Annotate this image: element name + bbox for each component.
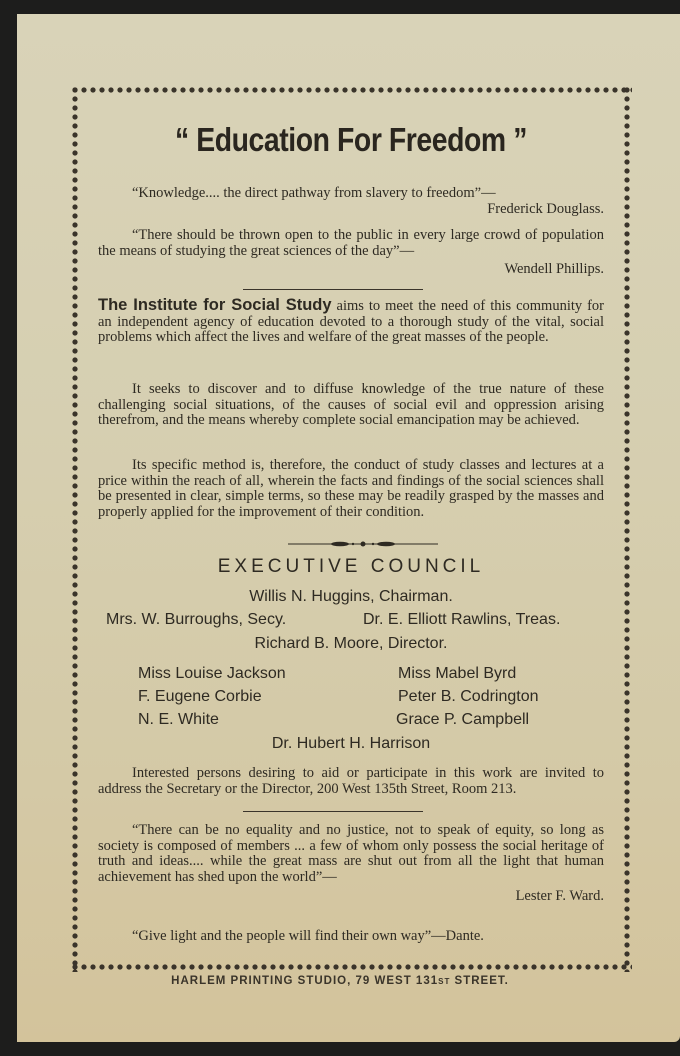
- council-secretary: Mrs. W. Burroughs, Secy.: [106, 611, 286, 629]
- attrib-phillips: Wendell Phillips.: [504, 261, 604, 278]
- divider: [243, 289, 423, 290]
- council-member: Peter B. Codrington: [398, 688, 539, 706]
- attrib-douglass: Frederick Douglass.: [487, 201, 604, 218]
- intro-paragraph: The Institute for Social Study aims to m…: [98, 298, 604, 346]
- paragraph-method: Its specific method is, therefore, the c…: [98, 458, 604, 520]
- invitation-paragraph: Interested persons desiring to aid or pa…: [98, 766, 604, 797]
- quote-phillips: “There should be thrown open to the publ…: [98, 227, 604, 259]
- quote-douglass: “Knowledge.... the direct pathway from s…: [98, 185, 604, 201]
- printer-credit: HARLEM PRINTING STUDIO, 79 WEST 131ST ST…: [0, 975, 680, 987]
- border-top: [70, 85, 632, 95]
- border-bottom: [70, 962, 632, 972]
- council-member: Dr. Hubert H. Harrison: [98, 735, 604, 753]
- council-member: Miss Mabel Byrd: [398, 665, 516, 683]
- page-title: “ Education For Freedom ”: [133, 121, 568, 159]
- paragraph-seeks: It seeks to discover and to diffuse know…: [98, 382, 604, 429]
- council-member: N. E. White: [138, 711, 219, 729]
- printer-suffix: ST: [438, 977, 450, 986]
- quote-ward: “There can be no equality and no justice…: [98, 823, 604, 885]
- border-left: [70, 85, 80, 972]
- council-member: Miss Louise Jackson: [138, 665, 286, 683]
- printer-main: HARLEM PRINTING STUDIO, 79 WEST 131: [171, 975, 438, 987]
- council-chairman: Willis N. Huggins, Chairman.: [98, 588, 604, 606]
- council-director: Richard B. Moore, Director.: [98, 635, 604, 653]
- border-right: [622, 85, 632, 972]
- printer-end: STREET.: [450, 975, 508, 987]
- council-heading: EXECUTIVE COUNCIL: [98, 556, 604, 578]
- council-treasurer: Dr. E. Elliott Rawlins, Treas.: [363, 611, 560, 629]
- council-member: Grace P. Campbell: [396, 711, 529, 729]
- council-member: F. Eugene Corbie: [138, 688, 262, 706]
- ornament-divider: [288, 540, 438, 548]
- attrib-ward: Lester F. Ward.: [516, 888, 604, 905]
- quote-dante: “Give light and the people will find the…: [132, 928, 604, 944]
- ornamental-frame: “ Education For Freedom ” “Knowledge....…: [70, 85, 632, 972]
- divider: [243, 811, 423, 812]
- institute-name: The Institute for Social Study: [98, 296, 332, 314]
